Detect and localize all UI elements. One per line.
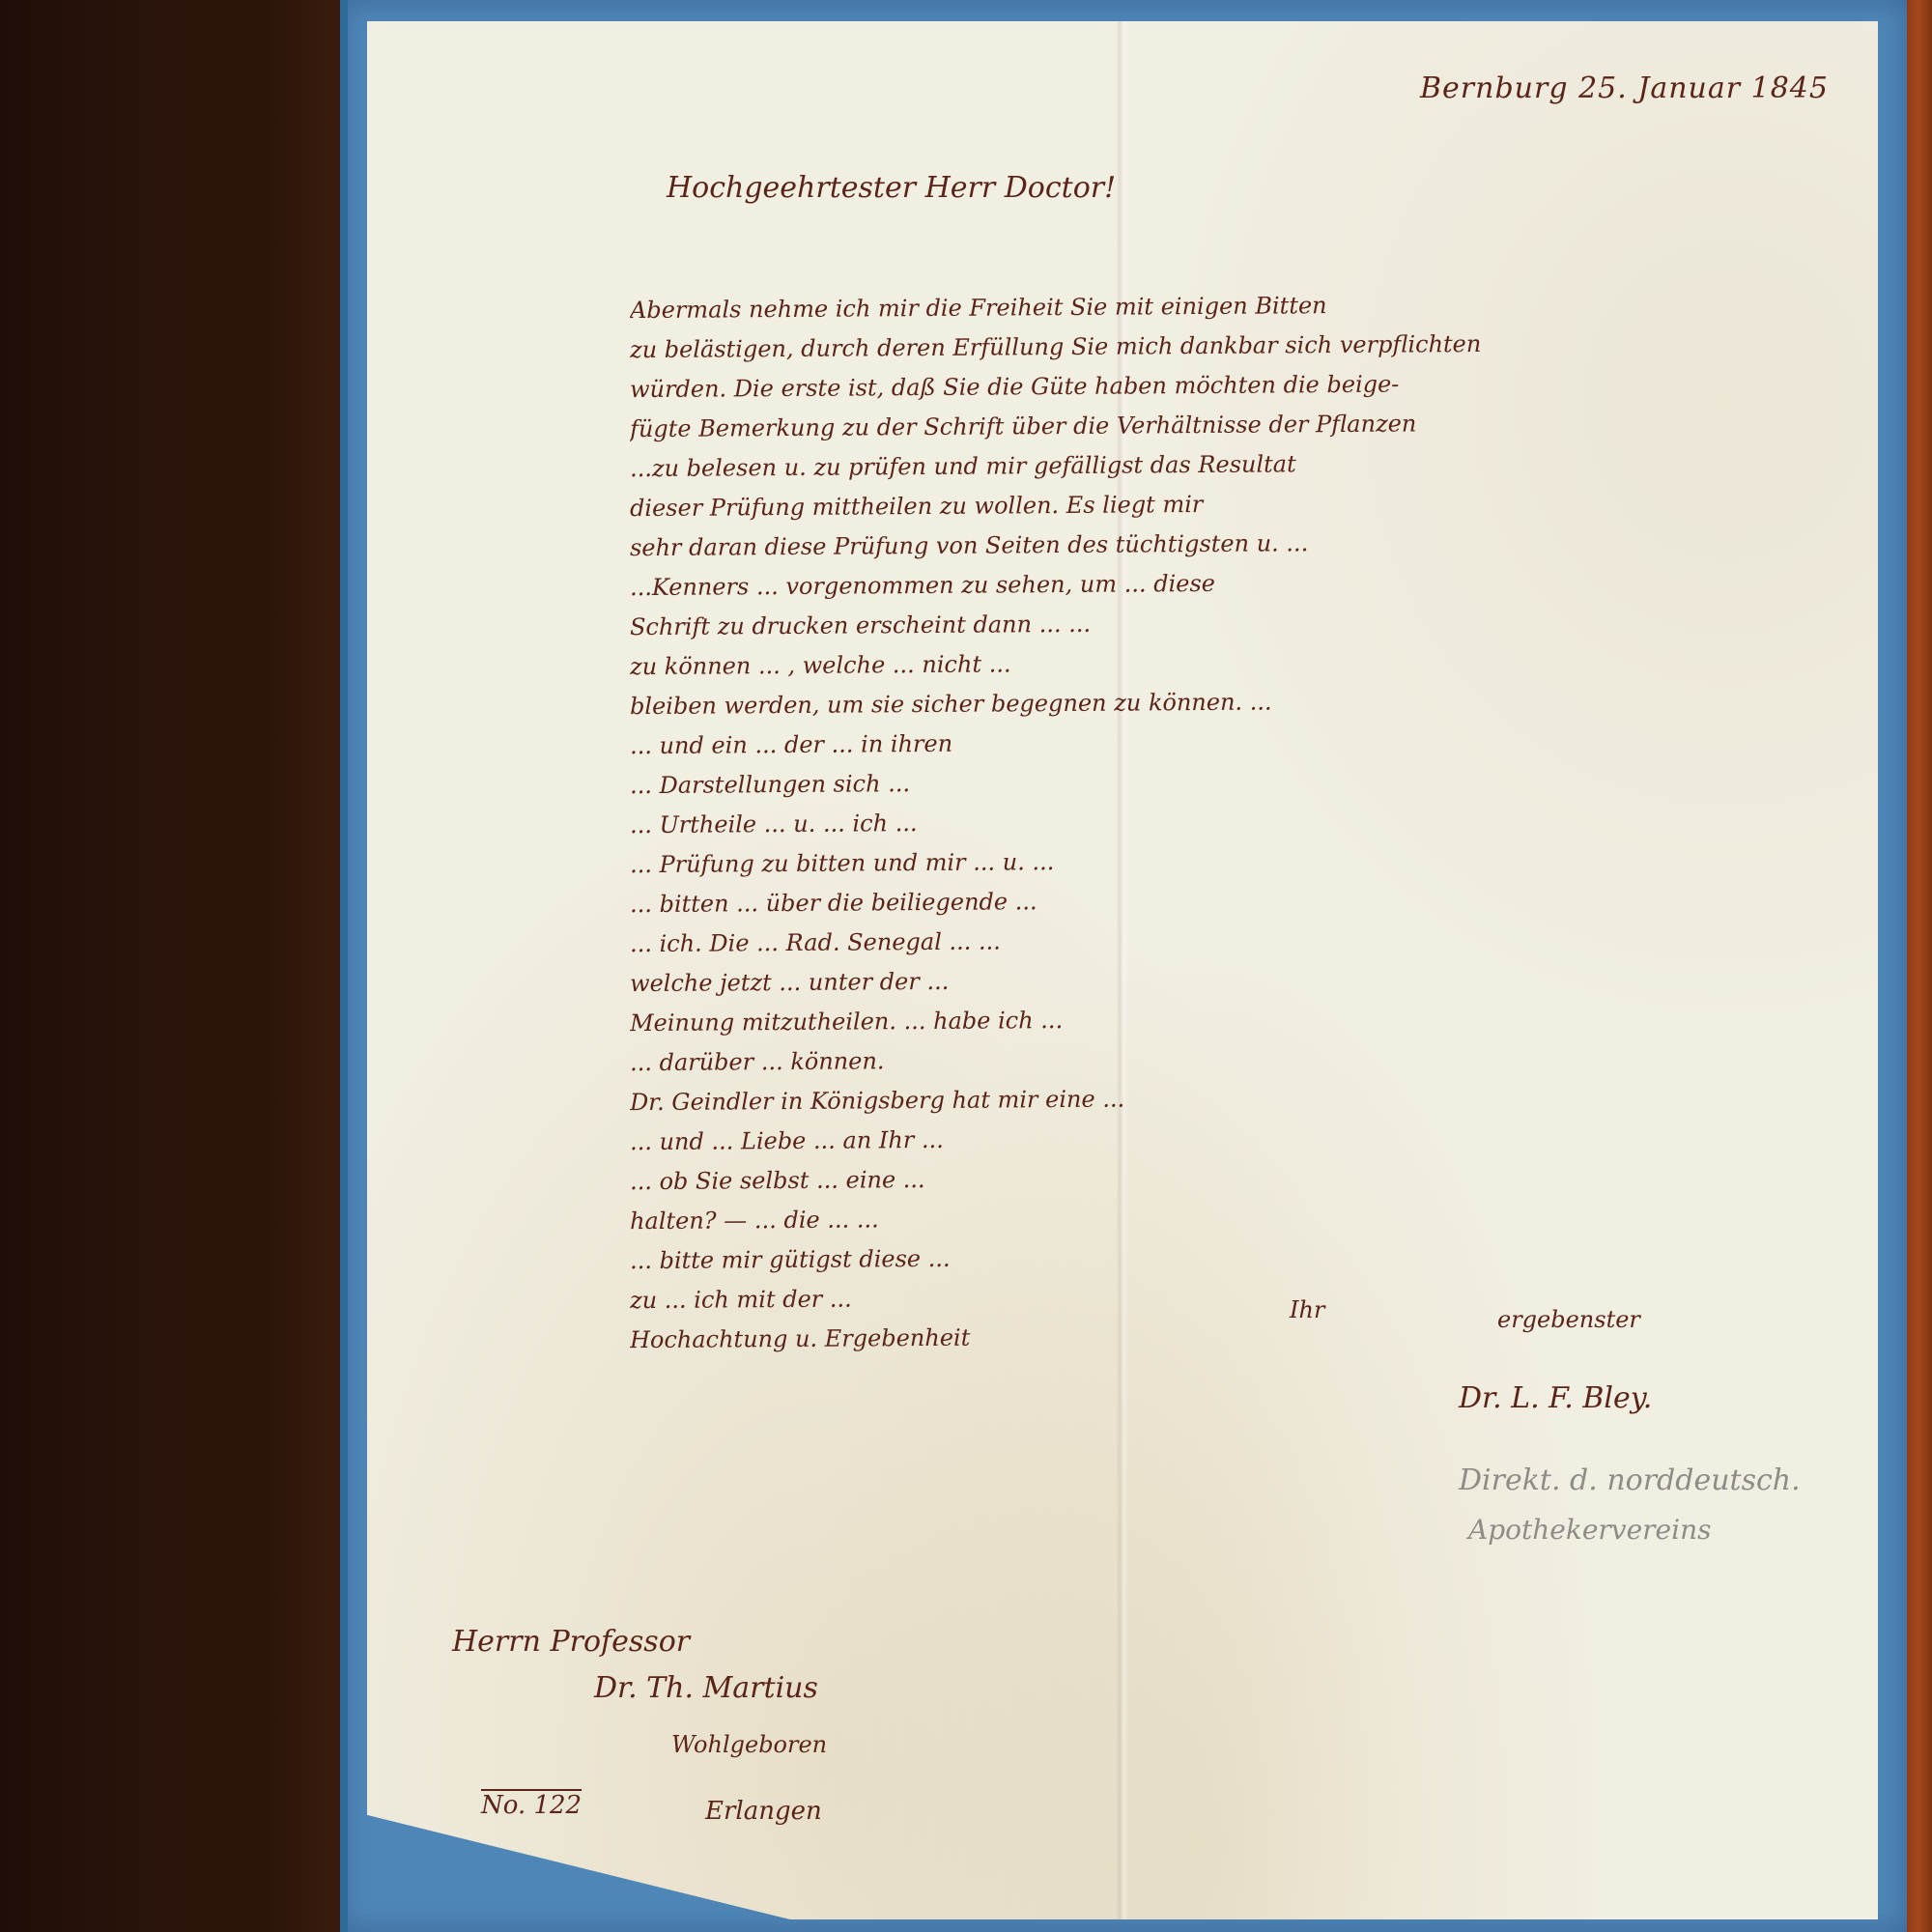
address-line: Wohlgeboren (671, 1731, 827, 1758)
closing-ergebenster: ergebenster (1497, 1306, 1640, 1333)
pencil-annotation: Apothekervereins (1468, 1514, 1711, 1546)
letter-sheet: Bernburg 25. Januar 1845 Hochgeehrtester… (367, 21, 1878, 1919)
address-city: Erlangen (705, 1797, 822, 1826)
file-number: No. 122 (481, 1791, 582, 1820)
signature: Dr. L. F. Bley. (1459, 1381, 1652, 1415)
address-line: Dr. Th. Martius (594, 1671, 818, 1705)
letter-body: Abermals nehme ich mir die Freiheit Sie … (630, 287, 1779, 1356)
address-line: Herrn Professor (452, 1625, 690, 1659)
mount-edge-shadow (340, 0, 348, 1932)
closing-ihr: Ihr (1290, 1296, 1324, 1323)
letter-salutation: Hochgeehrtester Herr Doctor! (667, 171, 1116, 205)
wooden-table-edge (1905, 0, 1932, 1932)
letter-dateline: Bernburg 25. Januar 1845 (1420, 71, 1829, 105)
pencil-annotation: Direkt. d. norddeutsch. (1459, 1463, 1801, 1497)
